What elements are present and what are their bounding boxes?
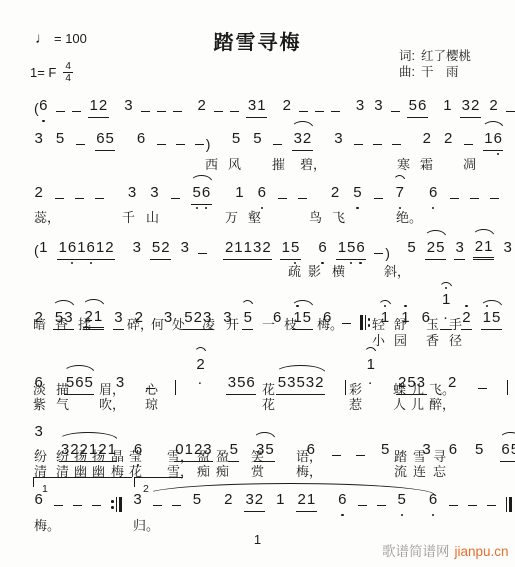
note-digit: 1 <box>96 241 104 254</box>
note-digit: 6 <box>96 132 104 145</box>
note-digit: 2 <box>283 99 291 112</box>
note-digit-unit: 3 <box>124 97 133 115</box>
duration-dash <box>298 198 307 205</box>
note-digit-unit: 5 <box>253 130 262 148</box>
high-octave-dot <box>404 305 406 307</box>
note-token: 3 <box>502 239 513 260</box>
lyric-syllable: 痴 <box>216 461 229 480</box>
dash <box>141 111 150 112</box>
watermark: 歌谱简谱网jianpu.cn <box>382 540 509 560</box>
duration-dash <box>354 144 363 151</box>
dash <box>506 111 515 112</box>
note-digit-unit: 5 <box>347 239 356 257</box>
note-digit: 2 <box>297 493 305 506</box>
note-token: 2 <box>488 97 499 118</box>
note-digit-unit: 5 <box>407 239 416 257</box>
note-digit: 3 <box>35 132 43 145</box>
end-repeat-sign <box>111 497 122 512</box>
lyric-syllable: 花 <box>262 394 275 413</box>
note-token: 25 <box>425 239 446 260</box>
note-digit-unit: 3 <box>252 239 261 257</box>
barline <box>506 497 507 512</box>
lyric-line: 西风摧碧，寒霜凋 <box>0 154 515 170</box>
note-digit-unit: 6 <box>356 239 365 257</box>
close-paren: ) <box>385 247 390 260</box>
note-digit: 2 <box>331 186 339 199</box>
note-digit-unit: 6 <box>96 130 105 148</box>
note-digit: 2 <box>198 99 206 112</box>
duration-dash <box>278 198 287 205</box>
composer-label: 曲: <box>399 65 415 79</box>
note-digit-unit: 6 <box>417 97 426 115</box>
note-digit-unit: 2 <box>426 239 435 257</box>
note-digit-unit: 2 <box>262 239 271 257</box>
duration-dash <box>506 111 515 118</box>
lyric-line-verse2: 小园香径 <box>0 330 515 346</box>
note-digit-unit: 6 <box>428 184 437 202</box>
note-token: 31 <box>246 97 267 118</box>
note-digit: 2 <box>105 241 113 254</box>
note-token: 6 <box>256 184 267 205</box>
dash <box>392 144 401 145</box>
note-digit-unit: 2 <box>297 491 306 509</box>
note-digit: 2 <box>475 240 483 253</box>
duration-dash <box>73 505 82 512</box>
lyric-syllable: 人 <box>393 394 406 413</box>
duration-dash <box>299 111 308 118</box>
note-digit-unit: 3 <box>34 130 43 148</box>
note-digit: 3 <box>253 241 261 254</box>
dash <box>92 505 101 506</box>
note-digit: 1 <box>234 241 242 254</box>
dash <box>468 505 477 506</box>
note-digit: 1 <box>276 493 284 506</box>
key-signature: 1= F 4 4 <box>30 62 73 83</box>
note-digit: 1 <box>59 241 67 254</box>
note-token: 5 <box>352 184 363 205</box>
dash <box>95 198 104 199</box>
lyric-syllable: 碧， <box>300 154 326 173</box>
lyric-syllable: 连 <box>413 461 426 480</box>
note-digit-unit: 1 <box>484 238 493 256</box>
note-digit: 6 <box>202 186 210 199</box>
note-digit-unit: 3 <box>180 239 189 257</box>
note-digit-unit: 2 <box>489 97 498 115</box>
dash <box>195 144 204 145</box>
note-digit-unit: 2 <box>224 491 233 509</box>
note-digit-unit: 6 <box>86 239 95 257</box>
note-digit-unit: 2 <box>197 97 206 115</box>
note-digit: 3 <box>356 99 364 112</box>
note-token: 3 <box>454 239 465 260</box>
note-digit: 5 <box>193 186 201 199</box>
note-token: 56 <box>191 184 212 205</box>
note-digit-unit: 2 <box>302 130 311 148</box>
note-digit-unit: 6 <box>493 130 502 148</box>
note-digit-unit: 2 <box>98 97 107 115</box>
note-digit-unit: 3 <box>355 97 364 115</box>
lyric-line: 淡描眉，心花彩蝶儿飞。 <box>0 379 515 395</box>
note-digit-unit: 2 <box>422 130 431 148</box>
note-digit-unit: 6 <box>338 491 347 509</box>
dash <box>464 144 473 145</box>
note-digit-unit: 3 <box>133 491 142 509</box>
note-digit: 6 <box>418 99 426 112</box>
note-digit: 3 <box>374 99 382 112</box>
close-paren: ) <box>206 138 211 151</box>
lyric-line: 蕊，千山万壑鸟飞绝。 <box>0 207 515 223</box>
music-line-4: (1161612352321132156156)5253213 <box>33 238 507 260</box>
duration-dash <box>176 144 185 151</box>
lyric-syllable: 蕊， <box>34 207 60 226</box>
dash <box>171 198 180 199</box>
dash <box>173 111 182 112</box>
note-digit: 3 <box>133 493 141 506</box>
note-digit-unit: 5 <box>231 130 240 148</box>
note-token: 3 <box>126 184 137 205</box>
note-digit: 6 <box>68 241 76 254</box>
duration-dash <box>377 505 386 512</box>
note-digit: 2 <box>262 241 270 254</box>
note-digit: 2 <box>35 186 43 199</box>
note-digit-unit: 1 <box>306 491 315 509</box>
note-token: 2 <box>421 130 432 151</box>
note-token: 6 <box>427 184 438 205</box>
note-digit: 5 <box>291 241 299 254</box>
barline-thick <box>509 497 512 512</box>
dash <box>273 144 282 145</box>
note-token: 2 <box>196 97 207 118</box>
dash <box>55 198 64 199</box>
note-digit: 2 <box>444 132 452 145</box>
note-token: 32 <box>244 491 265 512</box>
note-token: 5 <box>406 239 417 260</box>
note-token: 3 <box>333 130 344 151</box>
duration-dash <box>358 505 367 512</box>
note-token: 32 <box>292 130 313 151</box>
note-digit: 5 <box>436 241 444 254</box>
duration-dash <box>198 253 207 260</box>
barline <box>116 497 117 512</box>
note-token: 3 <box>132 491 143 512</box>
music-line-1: (6123231233561322 <box>33 97 507 118</box>
lyric-syllable: 寒 <box>397 154 410 173</box>
note-digit: 5 <box>407 241 415 254</box>
dash <box>278 198 287 199</box>
note-digit: 2 <box>225 241 233 254</box>
lyric-syllable: 壑 <box>248 207 261 226</box>
dash <box>490 198 499 199</box>
note-digit: 1 <box>367 358 375 371</box>
lyric-syllable: 风 <box>228 154 241 173</box>
dash <box>76 144 85 145</box>
note-digit-unit: 3 <box>455 239 464 257</box>
note-token: 6 <box>135 130 146 151</box>
duration-dash <box>273 144 282 151</box>
note-digit-unit: 3 <box>334 130 343 148</box>
dash <box>75 198 84 199</box>
note-digit: 1 <box>338 241 346 254</box>
note-token: 6 <box>33 491 44 512</box>
lyric-syllable: 千 <box>122 207 135 226</box>
duration-dash <box>373 144 382 151</box>
lyric-syllable: 霜 <box>420 154 433 173</box>
duration-dash <box>153 505 162 512</box>
note-token: 5 <box>54 130 65 151</box>
note-digit: 2 <box>471 99 479 112</box>
note-digit: 1 <box>282 241 290 254</box>
note-digit: 1 <box>257 99 265 112</box>
note-token: 12 <box>88 97 109 118</box>
lyric-syllable: 流 <box>394 461 407 480</box>
note-digit: 2 <box>423 132 431 145</box>
credits-block: 词:红了樱桃 曲:干 雨 <box>399 48 471 80</box>
note-token: 5 <box>252 130 263 151</box>
duration-dash <box>391 111 400 118</box>
note-digit: 2 <box>303 132 311 145</box>
lyric-syllable: 影 <box>308 261 321 280</box>
note-token: 3 <box>33 130 44 151</box>
time-signature-top: 4 <box>63 62 73 73</box>
note-token: 2 <box>223 491 234 512</box>
duration-dash <box>92 505 101 512</box>
lyric-line: 疏影横斜， <box>0 261 515 277</box>
duration-dash <box>214 111 223 118</box>
note-token: 15 <box>280 239 301 260</box>
music-line-2: 35656)553232216 <box>33 130 507 151</box>
lyric-syllable: 山 <box>146 207 159 226</box>
dash <box>374 198 383 199</box>
note-token: 156 <box>336 239 366 260</box>
dash <box>487 505 496 506</box>
note-digit-unit: 2 <box>470 97 479 115</box>
dash <box>299 111 308 112</box>
note-digit: 1 <box>484 240 492 253</box>
note-digit-unit: 1 <box>276 491 285 509</box>
note-digit: 6 <box>258 186 266 199</box>
note-token: 3 <box>131 239 142 260</box>
note-digit: 6 <box>429 493 437 506</box>
note-digit: 2 <box>196 358 204 371</box>
note-digit: 3 <box>150 186 158 199</box>
note-digit-unit: 2 <box>254 491 263 509</box>
duration-dash <box>56 111 65 118</box>
final-barline <box>506 497 512 512</box>
duration-dash <box>464 144 473 151</box>
duration-dash <box>172 505 181 512</box>
key-text: 1= F <box>30 65 56 80</box>
lyric-syllable: 西 <box>205 154 218 173</box>
notation-row: (6123231233561322 <box>33 97 507 118</box>
note-token: 6 <box>317 239 328 260</box>
repeat-dot <box>111 500 114 503</box>
lyric-line: 暗香揉碎，何处凌开一枝梅。轻舒玉手 <box>0 314 515 330</box>
music-line-3: 23356162576 <box>33 184 507 205</box>
note-digit: 1 <box>235 186 243 199</box>
note-digit: 6 <box>429 186 437 199</box>
note-digit: 3 <box>245 493 253 506</box>
note-digit-unit: 3 <box>127 184 136 202</box>
lyric-syllable: 吹， <box>99 394 125 413</box>
note-digit: 1 <box>442 293 450 306</box>
note-digit: 5 <box>106 132 114 145</box>
note-digit-unit: 1 <box>235 184 244 202</box>
repeat-dot <box>111 506 114 509</box>
lyric-syllable: 径 <box>449 330 462 349</box>
dash <box>214 111 223 112</box>
note-digit: 3 <box>334 132 342 145</box>
volta-bracket-second: 2 <box>134 477 183 487</box>
note-digit-unit: 2 <box>330 184 339 202</box>
note-digit-unit: 1 <box>484 130 493 148</box>
note-digit-unit: 3 <box>374 97 383 115</box>
note-token: 3 <box>149 184 160 205</box>
note-digit: 1 <box>307 493 315 506</box>
duration-dash <box>75 198 84 205</box>
dash <box>331 111 340 112</box>
lyric-syllable: 园 <box>394 330 407 349</box>
note-digit-unit: 2 <box>474 238 483 256</box>
lyric-syllable: 气 <box>56 394 69 413</box>
dash <box>230 111 239 112</box>
high-octave-dot <box>445 287 447 289</box>
dash <box>449 505 458 506</box>
lyric-syllable: 醉， <box>429 394 455 413</box>
lyric-syllable: 梅， <box>296 461 322 480</box>
note-digit: 5 <box>347 241 355 254</box>
duration-dash: ) <box>195 138 211 151</box>
note-digit-unit: 1 <box>39 239 48 257</box>
dash <box>315 111 324 112</box>
note-token: 16 <box>483 130 504 151</box>
dash <box>374 253 383 254</box>
dash <box>358 505 367 506</box>
dash <box>198 253 207 254</box>
dash <box>391 111 400 112</box>
note-digit-unit: 6 <box>39 97 48 115</box>
lyric-line-verse2: 清清幽幽梅花雪，痴痴赏梅，流连忘 <box>0 461 515 477</box>
note-digit-unit: 6 <box>257 184 266 202</box>
note-digit: 6 <box>39 99 47 112</box>
notation-row: 35656)553232216 <box>33 130 507 151</box>
note-digit-unit: 6 <box>201 184 210 202</box>
note-digit-unit: 1 <box>281 239 290 257</box>
watermark-domain: jianpu.cn <box>455 544 509 559</box>
sheet-music-page: ♩= 100 踏雪寻梅 词:红了樱桃 曲:干 雨 1= F 4 4 (61232… <box>0 0 515 567</box>
dash <box>54 505 63 506</box>
note-digit-unit: 3 <box>150 184 159 202</box>
duration-dash <box>95 198 104 205</box>
dash <box>157 111 166 112</box>
duration-dash <box>173 111 182 118</box>
note-token: 2 <box>33 184 44 205</box>
note-digit: 1 <box>90 99 98 112</box>
note-token: 7 <box>394 184 405 205</box>
dash <box>157 144 166 145</box>
note-digit: 3 <box>503 241 511 254</box>
lyric-syllable: 鸟 <box>309 207 322 226</box>
note-digit: 2 <box>99 99 107 112</box>
note-digit-unit: 5 <box>397 491 406 509</box>
note-digit-unit: 6 <box>136 130 145 148</box>
note-digit: 1 <box>443 99 451 112</box>
lyric-syllable: 摧 <box>272 154 285 173</box>
note-digit: 5 <box>353 186 361 199</box>
note-token: 65 <box>95 130 116 151</box>
lyric-syllable: 紫 <box>33 394 46 413</box>
note-digit-unit: 2 <box>224 239 233 257</box>
duration-dash <box>449 505 458 512</box>
note-digit-unit: 6 <box>428 491 437 509</box>
high-octave-dot <box>465 305 467 307</box>
composer-credit: 曲:干 雨 <box>399 64 471 80</box>
lyric-syllable: 绝。 <box>396 207 422 226</box>
duration-dash <box>230 111 239 118</box>
note-digit-unit: 2 <box>34 184 43 202</box>
note-token: 32 <box>460 97 481 118</box>
lyric-syllable: 赏 <box>251 461 264 480</box>
lyricist-name: 红了樱桃 <box>421 49 471 63</box>
note-digit: 2 <box>427 241 435 254</box>
dash <box>354 144 363 145</box>
note-token: (6 <box>33 97 49 118</box>
note-digit-unit: 3 <box>461 97 470 115</box>
note-digit: 3 <box>128 186 136 199</box>
note-digit: 6 <box>318 241 326 254</box>
duration-dash <box>490 198 499 205</box>
note-digit: 2 <box>161 241 169 254</box>
note-token: 1 <box>234 184 245 205</box>
low-octave-dot <box>42 120 44 122</box>
note-digit-unit: 1 <box>443 97 452 115</box>
note-token: 2 <box>329 184 340 205</box>
note-digit-unit: 1 <box>89 97 98 115</box>
note-digit-unit: 6 <box>34 491 43 509</box>
note-digit-unit: 5 <box>192 491 201 509</box>
note-digit: 6 <box>87 241 95 254</box>
note-token: 21 <box>473 238 494 260</box>
note-digit: 3 <box>133 241 141 254</box>
note-token: 3 <box>373 97 384 118</box>
duration-dash <box>55 198 64 205</box>
note-token: 3 <box>354 97 365 118</box>
dash <box>153 505 162 506</box>
note-digit: 5 <box>409 99 417 112</box>
note-digit: 5 <box>398 493 406 506</box>
barline-thick <box>119 497 122 512</box>
duration-dash <box>157 111 166 118</box>
duration-dash <box>315 111 324 118</box>
note-digit: 5 <box>193 493 201 506</box>
note-digit-unit: 5 <box>353 184 362 202</box>
lyric-syllable: 飞 <box>332 207 345 226</box>
notation-row: 23356162576 <box>33 184 507 205</box>
note-digit-unit: 7 <box>395 184 404 202</box>
note-digit: 1 <box>244 241 252 254</box>
duration-dash <box>171 198 180 205</box>
note-digit: 7 <box>396 186 404 199</box>
note-digit-unit: 6 <box>67 239 76 257</box>
duration-dash: ) <box>374 247 390 260</box>
note-digit-unit: 1 <box>77 239 86 257</box>
note-token: 21 <box>296 491 317 512</box>
note-digit-unit: 3 <box>293 130 302 148</box>
note-digit: 1 <box>77 241 85 254</box>
high-octave-dot <box>384 305 386 307</box>
note-token: 2 <box>281 97 292 118</box>
note-digit: 6 <box>137 132 145 145</box>
note-digit-unit: 1 <box>58 239 67 257</box>
